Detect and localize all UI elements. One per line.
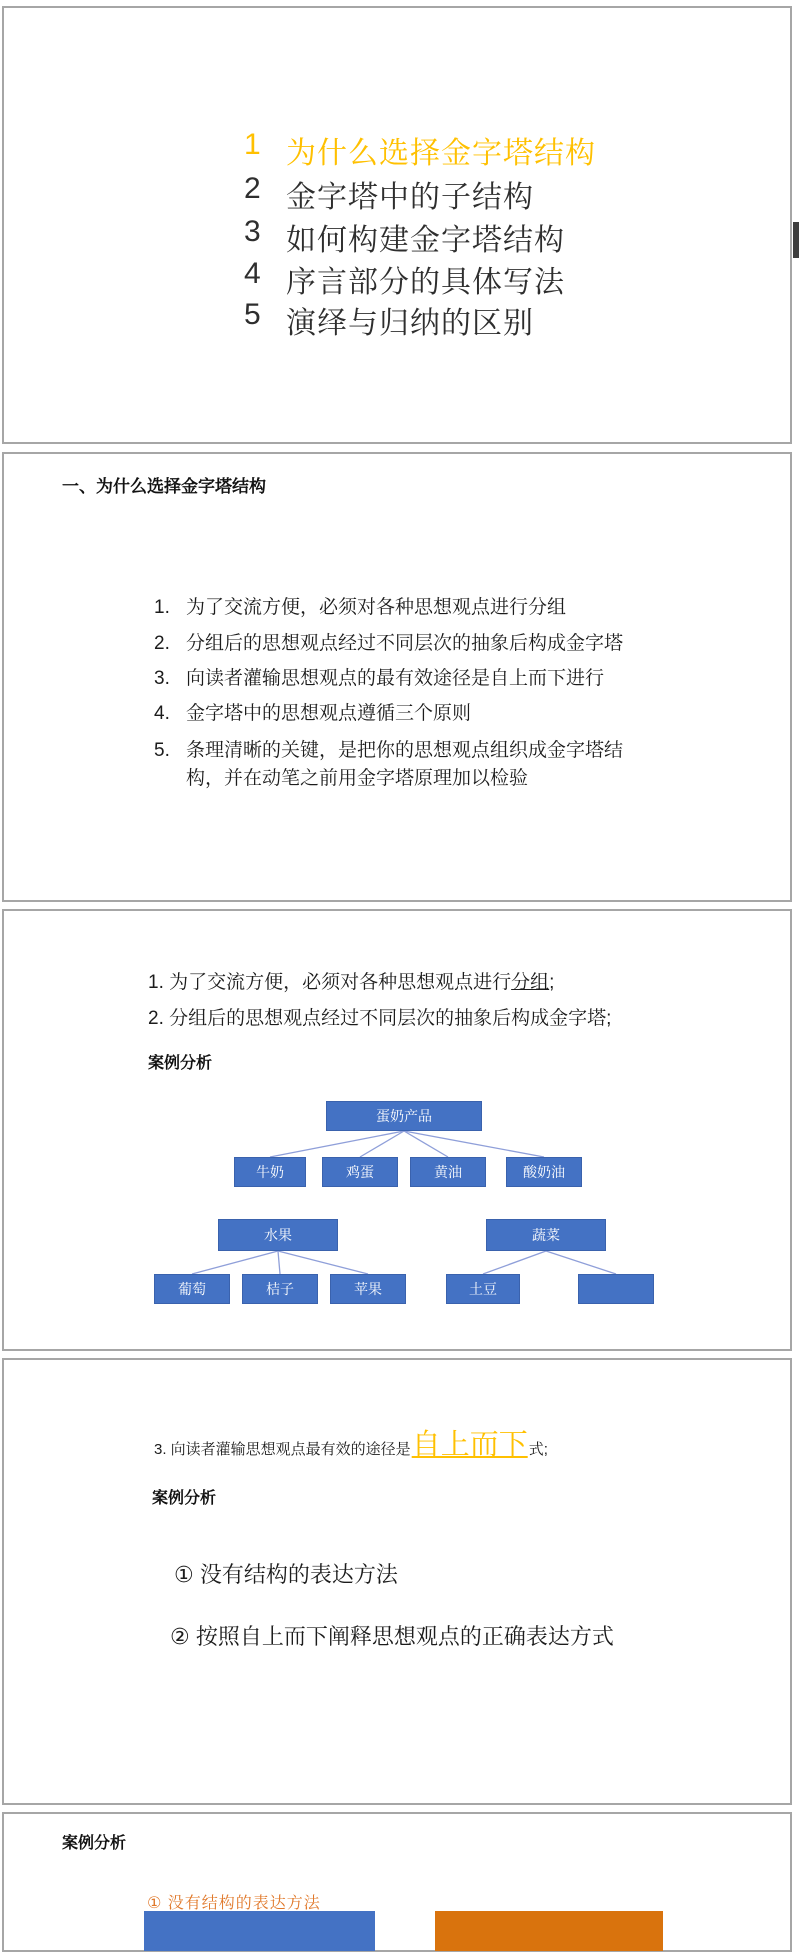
tree-node-grape: 葡萄: [154, 1274, 230, 1304]
slide2-list-item: 1.为了交流方便，必须对各种思想观点进行分组: [154, 594, 566, 622]
slide-page-why-pyramid: 一、为什么选择金字塔结构 1.为了交流方便，必须对各种思想观点进行分组2.分组后…: [2, 452, 792, 902]
toc-item-number: 5: [244, 298, 286, 342]
slide2-item-number: 3.: [154, 665, 186, 693]
toc-item: 5演绎与归纳的区别: [244, 298, 534, 342]
tree-node-fruit: 水果: [218, 1219, 338, 1251]
slide2-item-text: 为了交流方便，必须对各种思想观点进行分组: [186, 594, 566, 622]
tree-node-butter: 黄油: [410, 1157, 486, 1187]
toc-item-number: 4: [244, 257, 286, 301]
toc-item-label: 金字塔中的子结构: [286, 172, 534, 216]
toc-item-number: 3: [244, 215, 286, 259]
tree-edge: [483, 1251, 546, 1274]
slide5-point: ① 没有结构的表达方法: [147, 1890, 321, 1913]
tree-node-blank: [578, 1274, 654, 1304]
slide2-item-number: 4.: [154, 700, 186, 728]
slide4-case-label: 案例分析: [152, 1485, 216, 1508]
tree-node-milk: 牛奶: [234, 1157, 306, 1187]
slide2-list-item: 5.条理清晰的关键，是把你的思想观点组织成金字塔结构，并在动笔之前用金字塔原理加…: [154, 737, 623, 793]
slide2-item-text: 分组后的思想观点经过不同层次的抽象后构成金字塔: [186, 630, 623, 658]
slide2-item-line: 构，并在动笔之前用金字塔原理加以检验: [186, 765, 623, 793]
slide4-sentence-highlight: 自上而下: [412, 1422, 528, 1463]
slide2-item-line: 向读者灌输思想观点的最有效途径是自上而下进行: [186, 665, 604, 693]
slide2-item-text: 条理清晰的关键，是把你的思想观点组织成金字塔结构，并在动笔之前用金字塔原理加以检…: [186, 737, 623, 793]
tree-edge: [278, 1251, 280, 1274]
slide2-item-line: 为了交流方便，必须对各种思想观点进行分组: [186, 594, 566, 622]
slide2-item-number: 5.: [154, 737, 186, 793]
slide2-item-line: 金字塔中的思想观点遵循三个原则: [186, 700, 471, 728]
slide4-sentence-pre: 3. 向读者灌输思想观点最有效的途径是: [154, 1438, 411, 1459]
slide2-item-text: 向读者灌输思想观点的最有效途径是自上而下进行: [186, 665, 604, 693]
slide2-item-number: 2.: [154, 630, 186, 658]
toc-item-label: 序言部分的具体写法: [286, 257, 565, 301]
slide-page-toc: 1为什么选择金字塔结构2金字塔中的子结构3如何构建金字塔结构4序言部分的具体写法…: [2, 6, 792, 444]
tree-node-orange: 桔子: [242, 1274, 318, 1304]
toc-item: 1为什么选择金字塔结构: [244, 128, 596, 172]
tree-edge: [270, 1131, 404, 1157]
tree-edge: [278, 1251, 368, 1274]
slide4-point: ② 按照自上而下阐释思想观点的正确表达方式: [170, 1620, 614, 1651]
slide2-list-item: 3.向读者灌输思想观点的最有效途径是自上而下进行: [154, 665, 604, 693]
slide2-item-line: 分组后的思想观点经过不同层次的抽象后构成金字塔: [186, 630, 623, 658]
slide-page-topdown: 3. 向读者灌输思想观点最有效的途径是 自上而下 式; 案例分析 ① 没有结构的…: [2, 1358, 792, 1805]
slide2-header: 一、为什么选择金字塔结构: [62, 472, 266, 497]
scrollbar-thumb[interactable]: [793, 222, 799, 258]
tree-node-potato: 土豆: [446, 1274, 520, 1304]
slide2-item-number: 1.: [154, 594, 186, 622]
slide2-item-text: 金字塔中的思想观点遵循三个原则: [186, 700, 471, 728]
tree-node-root: 蛋奶产品: [326, 1101, 482, 1131]
tree-node-egg: 鸡蛋: [322, 1157, 398, 1187]
tree-node-yogurt: 酸奶油: [506, 1157, 582, 1187]
toc-item-label: 为什么选择金字塔结构: [286, 128, 596, 172]
toc-item-label: 如何构建金字塔结构: [286, 215, 565, 259]
tree-node-apple: 苹果: [330, 1274, 406, 1304]
toc-item: 2金字塔中的子结构: [244, 172, 534, 216]
toc-item: 4序言部分的具体写法: [244, 257, 565, 301]
orange-bar: [435, 1911, 663, 1920]
tree-node-veg: 蔬菜: [486, 1219, 606, 1251]
slide4-sentence-post: 式;: [529, 1438, 548, 1459]
blue-bar: [144, 1911, 375, 1920]
slide2-list-item: 2.分组后的思想观点经过不同层次的抽象后构成金字塔: [154, 630, 623, 658]
slide4-sentence: 3. 向读者灌输思想观点最有效的途径是 自上而下 式;: [154, 1422, 548, 1463]
slide2-list-item: 4.金字塔中的思想观点遵循三个原则: [154, 700, 471, 728]
slide-page-grouping-diagram: 1. 为了交流方便，必须对各种思想观点进行分组; 2. 分组后的思想观点经过不同…: [2, 909, 792, 1351]
tree-edge: [546, 1251, 616, 1274]
toc-item-label: 演绎与归纳的区别: [286, 298, 534, 342]
toc-item-number: 1: [244, 128, 286, 172]
slide-page-case-analysis: 案例分析 ① 没有结构的表达方法: [2, 1812, 792, 1920]
toc-item-number: 2: [244, 172, 286, 216]
slide5-case-label: 案例分析: [62, 1830, 126, 1853]
slide4-point: ① 没有结构的表达方法: [174, 1558, 398, 1589]
slide2-item-line: 条理清晰的关键，是把你的思想观点组织成金字塔结: [186, 737, 623, 765]
toc-item: 3如何构建金字塔结构: [244, 215, 565, 259]
tree-edge: [192, 1251, 278, 1274]
